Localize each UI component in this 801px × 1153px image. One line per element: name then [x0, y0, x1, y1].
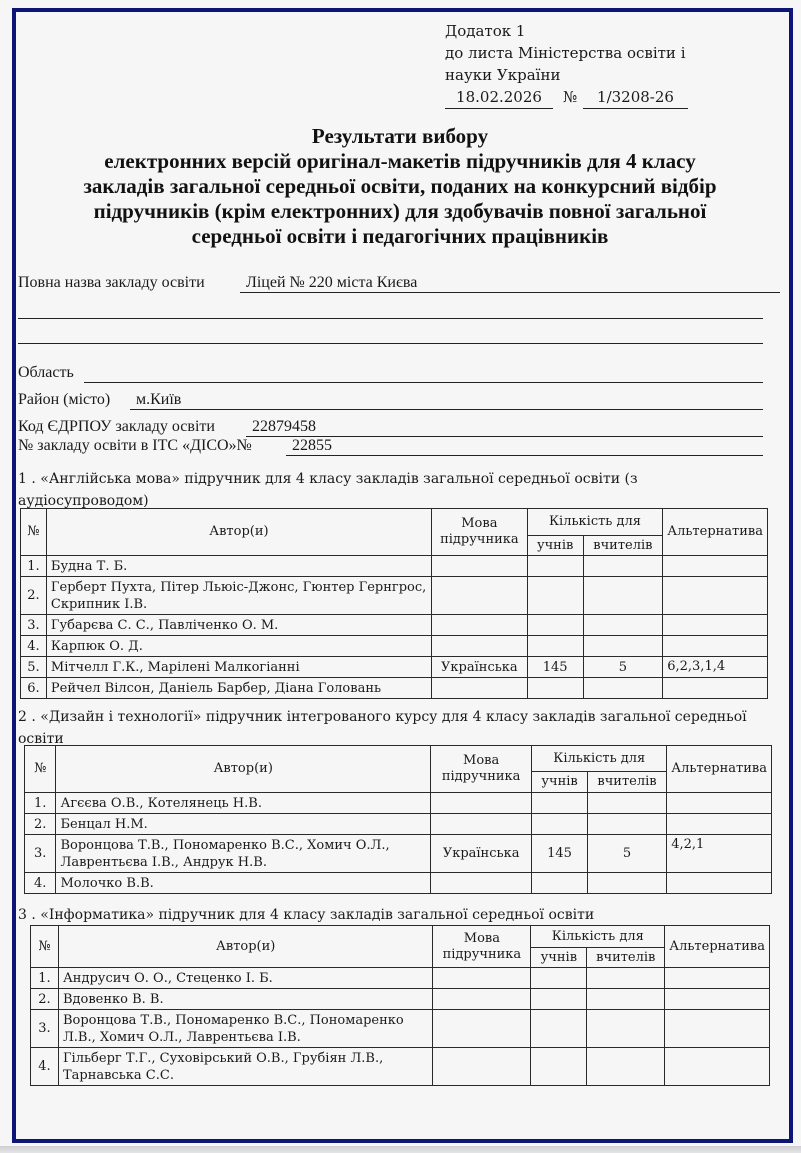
document-frame-border: [12, 8, 793, 1143]
viewer-bottom-edge: [0, 1146, 801, 1153]
